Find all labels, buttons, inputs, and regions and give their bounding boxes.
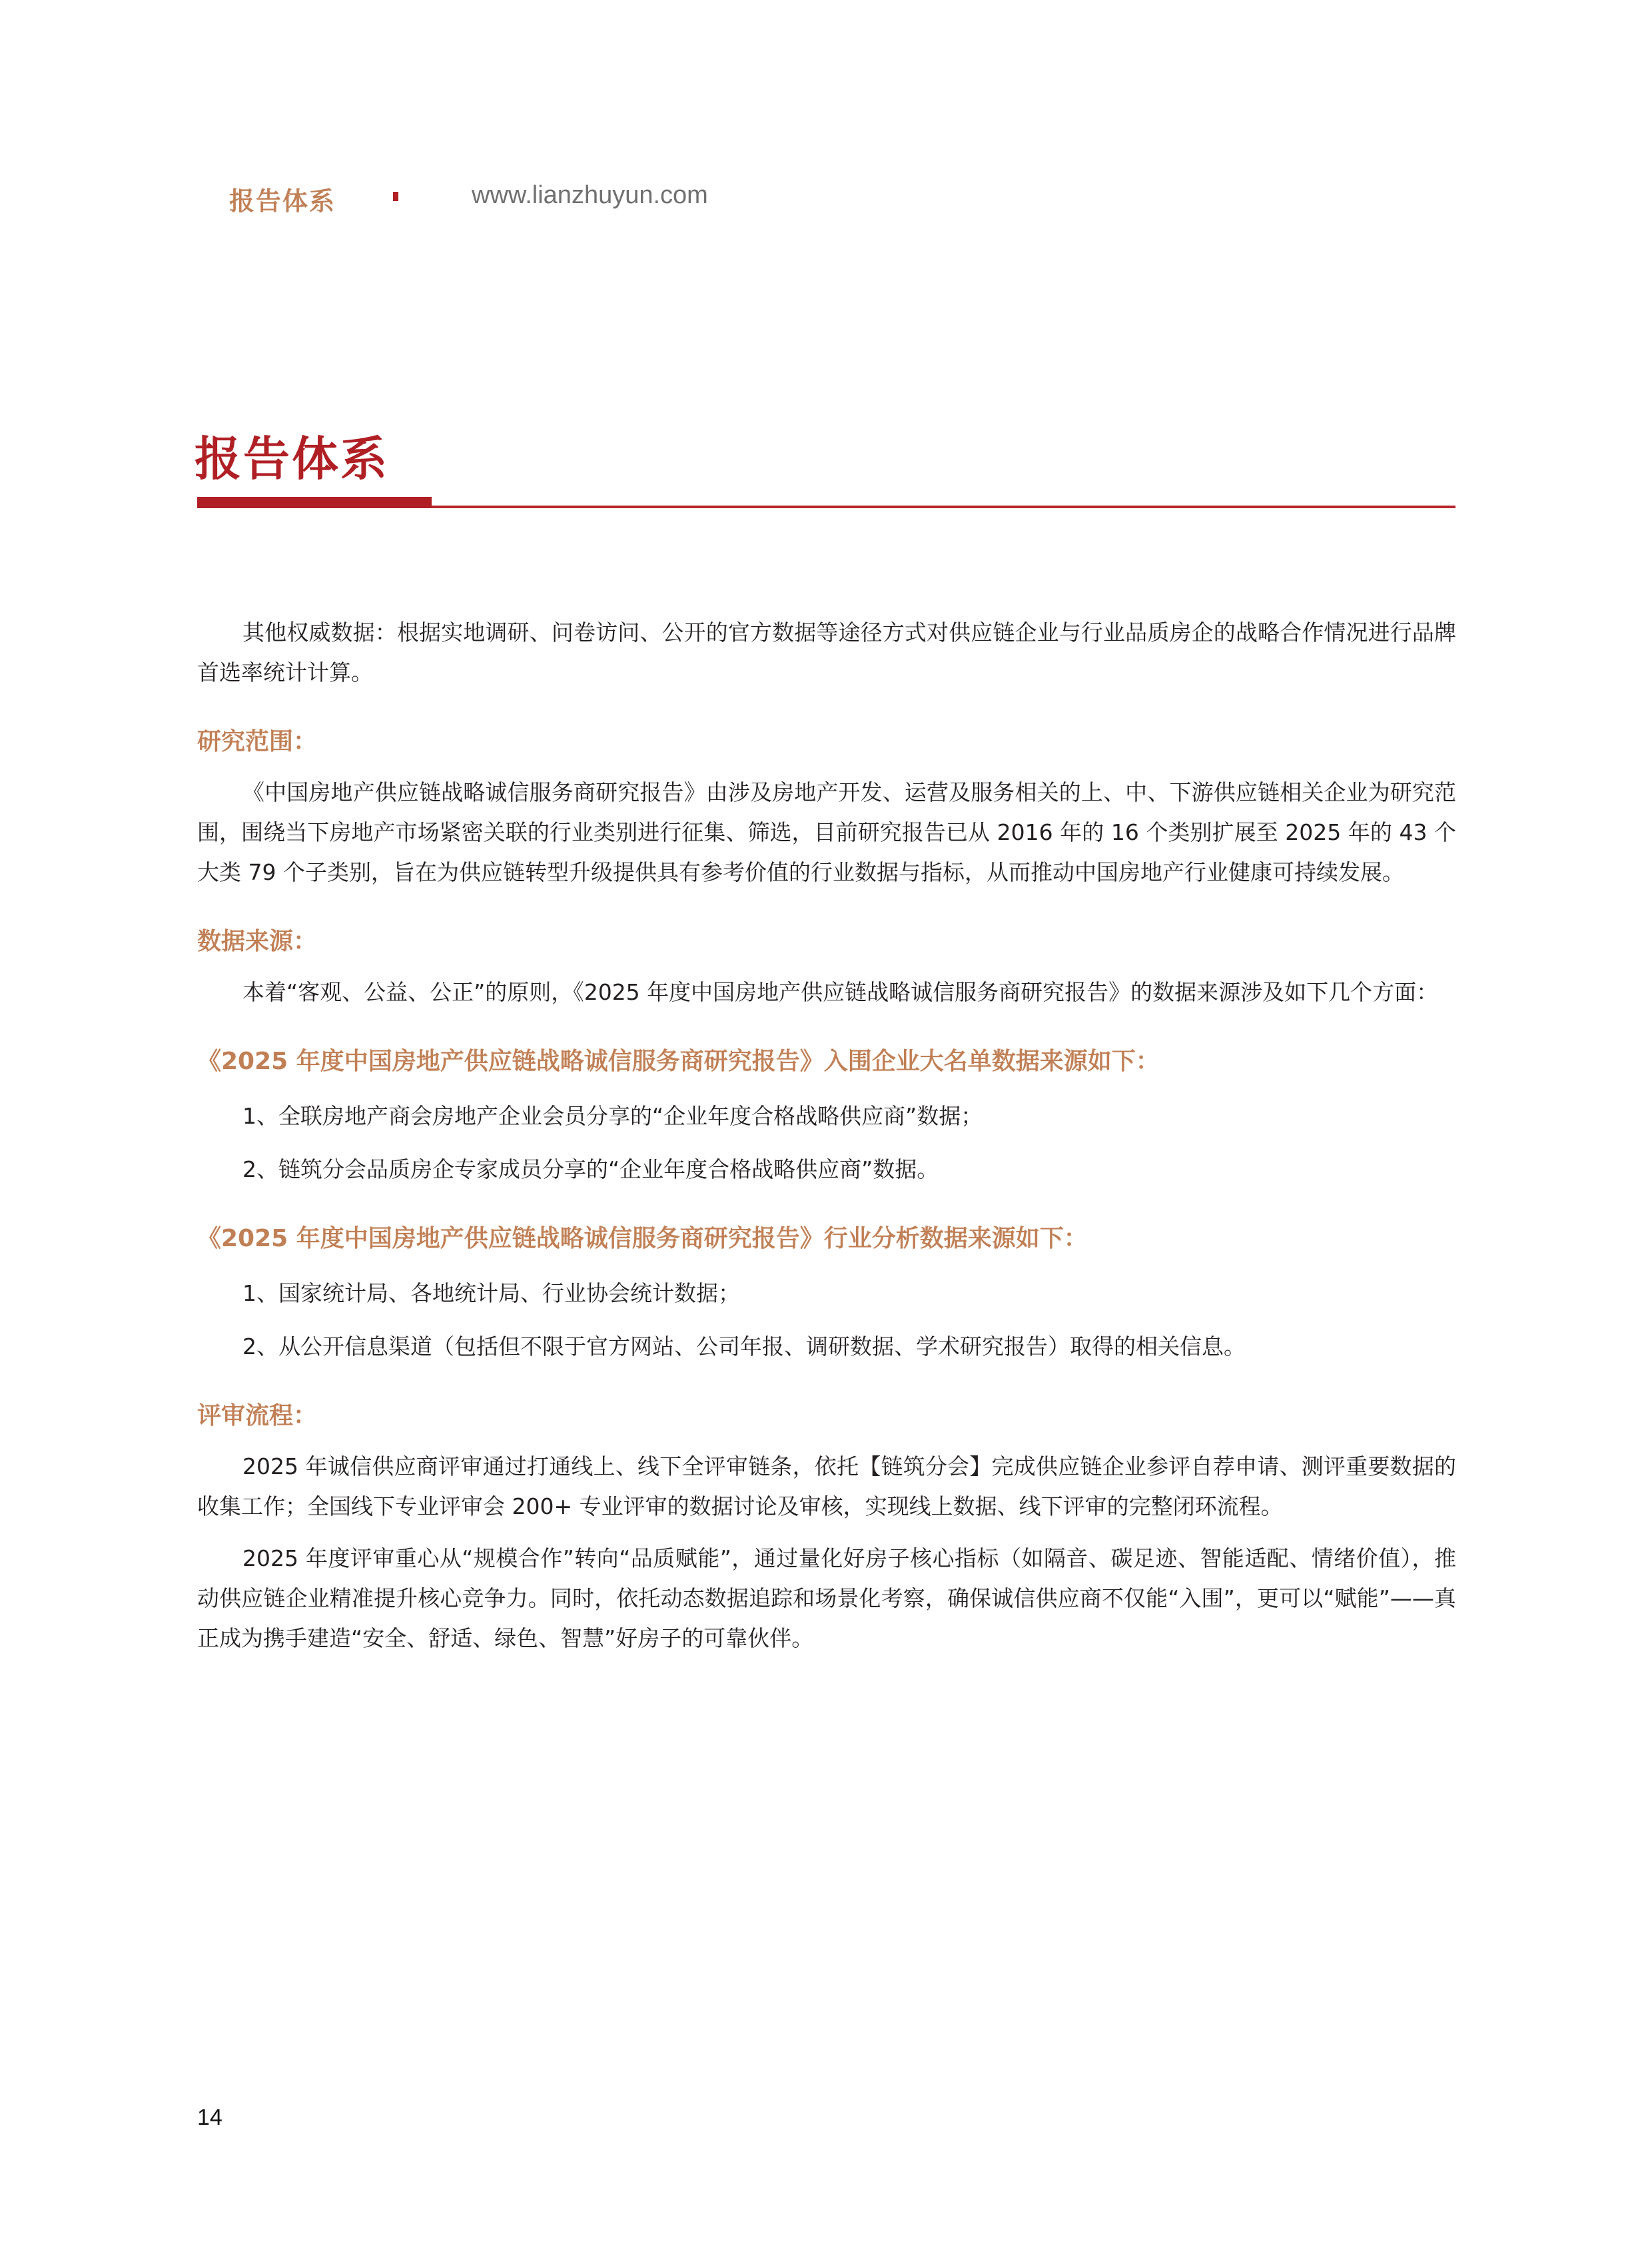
- title-divider-line: [432, 506, 1455, 508]
- review-process-paragraph: 2025 年诚信供应商评审通过打通线上、线下全评审链条，依托【链筑分会】完成供应…: [197, 1447, 1456, 1527]
- running-header-section: 报告体系: [229, 181, 336, 217]
- running-header: 报告体系 www.lianzhuyun.com: [229, 179, 336, 218]
- main-content: 其他权威数据：根据实地调研、问卷访问、公开的官方数据等途径方式对供应链企业与行业…: [197, 613, 1456, 1659]
- research-scope-heading: 研究范围：: [197, 722, 1456, 762]
- data-sources-heading: 数据来源：: [197, 922, 1456, 962]
- list-item: 1、全联房地产商会房地产企业会员分享的“企业年度合格战略供应商”数据；: [197, 1096, 1456, 1136]
- shortlist-sources-heading: 《2025 年度中国房地产供应链战略诚信服务商研究报告》入围企业大名单数据来源如…: [197, 1042, 1456, 1082]
- research-scope-paragraph: 《中国房地产供应链战略诚信服务商研究报告》由涉及房地产开发、运营及服务相关的上、…: [197, 773, 1456, 893]
- review-process-heading: 评审流程：: [197, 1396, 1456, 1436]
- list-item: 1、国家统计局、各地统计局、行业协会统计数据；: [197, 1274, 1456, 1313]
- list-item: 2、链筑分会品质房企专家成员分享的“企业年度合格战略供应商”数据。: [197, 1150, 1456, 1190]
- page-title: 报告体系: [195, 422, 389, 489]
- page-number: 14: [197, 2105, 222, 2131]
- intro-paragraph: 其他权威数据：根据实地调研、问卷访问、公开的官方数据等途径方式对供应链企业与行业…: [197, 613, 1456, 693]
- title-divider-accent: [197, 497, 432, 508]
- data-sources-paragraph: 本着“客观、公益、公正”的原则，《2025 年度中国房地产供应链战略诚信服务商研…: [197, 972, 1456, 1012]
- industry-sources-heading: 《2025 年度中国房地产供应链战略诚信服务商研究报告》行业分析数据来源如下：: [197, 1219, 1456, 1259]
- square-bullet-icon: [393, 192, 398, 201]
- review-process-paragraph: 2025 年度评审重心从“规模合作”转向“品质赋能”，通过量化好房子核心指标（如…: [197, 1539, 1456, 1659]
- website-link[interactable]: www.lianzhuyun.com: [472, 181, 708, 210]
- list-item: 2、从公开信息渠道（包括但不限于官方网站、公司年报、调研数据、学术研究报告）取得…: [197, 1327, 1456, 1367]
